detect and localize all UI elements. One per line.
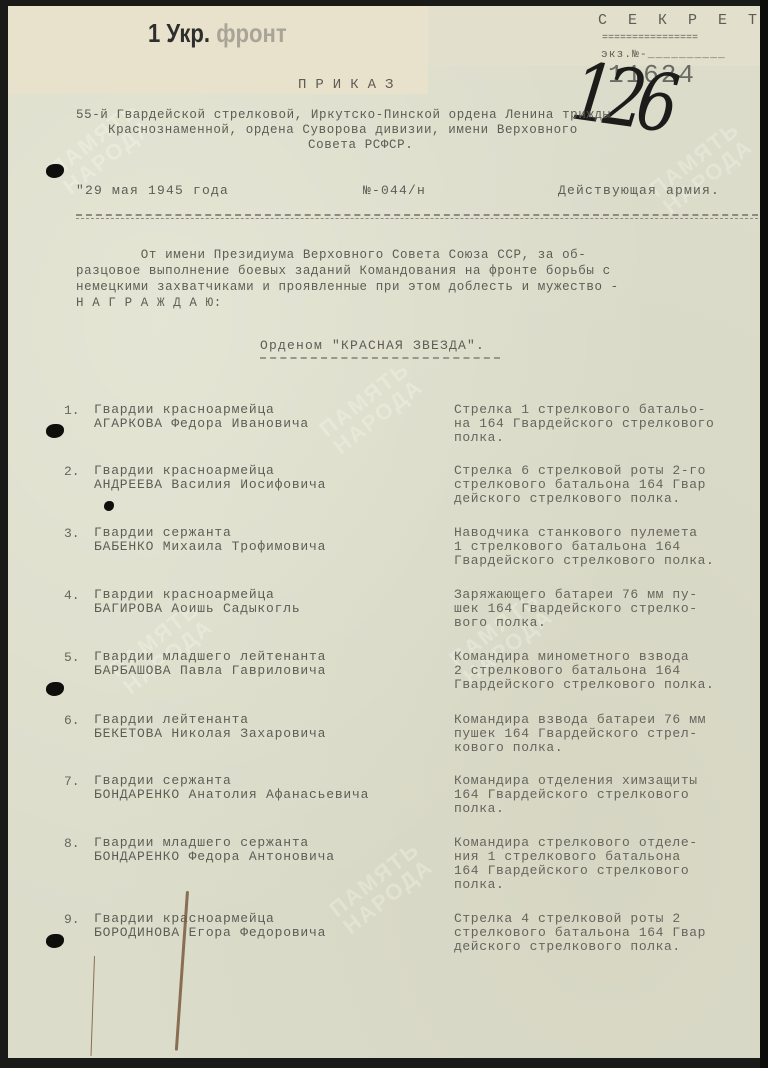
awardee-rank: Гвардии лейтенанта: [94, 713, 326, 727]
header-line-1: 55-й Гвардейской стрелковой, Иркутско-Пи…: [76, 108, 611, 122]
awardee-number: 9.: [64, 912, 80, 927]
punch-hole: [46, 934, 64, 948]
watermark: ПАМЯТЬНАРОДА: [316, 358, 427, 459]
punch-hole: [46, 682, 64, 696]
awardee-entry: Гвардии младшего лейтенантаБАРБАШОВА Пав…: [94, 650, 326, 678]
pencil-mark: [91, 956, 95, 1056]
header-line-3: Совета РСФСР.: [308, 138, 413, 152]
awardee-number: 5.: [64, 650, 80, 665]
awardee-position: Заряжающего батареи 76 мм пу- шек 164 Гв…: [454, 588, 768, 630]
awardee-rank: Гвардии младшего сержанта: [94, 836, 335, 850]
awardee-entry: Гвардии красноармейцаБОРОДИНОВА Егора Фе…: [94, 912, 326, 940]
award-name: Орденом "КРАСНАЯ ЗВЕЗДА".: [260, 339, 485, 353]
awardee-number: 1.: [64, 403, 80, 418]
awardee-rank: Гвардии сержанта: [94, 526, 326, 540]
awardee-name: БАГИРОВА Аоишь Садыкогль: [94, 602, 300, 616]
awardee-position: Стрелка 6 стрелковой роты 2-го стрелково…: [454, 464, 768, 506]
awardee-entry: Гвардии сержантаБАБЕНКО Михаила Трофимов…: [94, 526, 326, 554]
awardee-entry: Гвардии сержантаБОНДАРЕНКО Анатолия Афан…: [94, 774, 369, 802]
awardee-name: БАБЕНКО Михаила Трофимовича: [94, 540, 326, 554]
secrecy-underline: ================: [602, 32, 698, 46]
awardee-position: Стрелка 4 стрелковой роты 2 стрелкового …: [454, 912, 768, 954]
preamble-line: От имени Президиума Верховного Совета Со…: [76, 247, 619, 263]
awardee-position: Командира отделения химзащиты 164 Гварде…: [454, 774, 768, 816]
front-stamp-faded: фронт: [216, 18, 287, 48]
awardee-position: Наводчика станкового пулемета 1 стрелков…: [454, 526, 768, 568]
awardee-rank: Гвардии красноармейца: [94, 464, 326, 478]
awardee-name: БЕКЕТОВА Николая Захаровича: [94, 727, 326, 741]
watermark: ПАМЯТЬНАРОДА: [326, 838, 437, 939]
awardee-position: Стрелка 1 стрелкового батальо- на 164 Гв…: [454, 403, 768, 445]
awardee-entry: Гвардии лейтенантаБЕКЕТОВА Николая Захар…: [94, 713, 326, 741]
awardee-number: 7.: [64, 774, 80, 789]
award-underline: [260, 357, 500, 360]
awardee-name: АНДРЕЕВА Василия Иосифовича: [94, 478, 326, 492]
awardee-rank: Гвардии красноармейца: [94, 912, 326, 926]
secrecy-label: С Е К Р Е Т Н О.: [598, 14, 768, 28]
awardee-name: БОНДАРЕНКО Федора Антоновича: [94, 850, 335, 864]
document-page: ПАМЯТЬНАРОДА ПАМЯТЬНАРОДА ПАМЯТЬНАРОДА П…: [8, 6, 760, 1058]
awardee-number: 6.: [64, 713, 80, 728]
preamble-line: разцовое выполнение боевых заданий Коман…: [76, 263, 619, 279]
awardee-name: АГАРКОВА Федора Ивановича: [94, 417, 309, 431]
handwritten-number: 126: [567, 52, 675, 145]
order-number: №-044/н: [363, 184, 426, 198]
awardee-entry: Гвардии младшего сержантаБОНДАРЕНКО Федо…: [94, 836, 335, 864]
separator-rule: [76, 214, 768, 219]
awardee-rank: Гвардии красноармейца: [94, 403, 309, 417]
awardee-rank: Гвардии красноармейца: [94, 588, 300, 602]
awardee-rank: Гвардии сержанта: [94, 774, 369, 788]
awardee-entry: Гвардии красноармейцаБАГИРОВА Аоишь Сады…: [94, 588, 300, 616]
awardee-number: 8.: [64, 836, 80, 851]
awardee-position: Командира взвода батареи 76 мм пушек 164…: [454, 713, 768, 755]
header-line-2: Краснознаменной, ордена Суворова дивизии…: [108, 123, 578, 137]
order-location: Действующая армия.: [558, 184, 720, 198]
scan-border: [760, 0, 768, 1068]
awardee-name: БАРБАШОВА Павла Гавриловича: [94, 664, 326, 678]
awardee-position: Командира минометного взвода 2 стрелково…: [454, 650, 768, 692]
awardee-number: 2.: [64, 464, 80, 479]
front-stamp: 1 Укр. фронт: [148, 18, 287, 49]
awardee-number: 3.: [64, 526, 80, 541]
front-stamp-bold: 1 Укр.: [148, 18, 210, 48]
awardee-name: БОРОДИНОВА Егора Федоровича: [94, 926, 326, 940]
awardee-entry: Гвардии красноармейцаАГАРКОВА Федора Ива…: [94, 403, 309, 431]
awardee-name: БОНДАРЕНКО Анатолия Афанасьевича: [94, 788, 369, 802]
awardee-position: Командира стрелкового отделе- ния 1 стре…: [454, 836, 768, 892]
punch-hole: [104, 501, 114, 511]
preamble-line: Н А Г Р А Ж Д А Ю:: [76, 295, 619, 311]
order-date: "29 мая 1945 года: [76, 184, 229, 198]
preamble-line: немецкими захватчиками и проявленные при…: [76, 279, 619, 295]
awardee-rank: Гвардии младшего лейтенанта: [94, 650, 326, 664]
preamble: От имени Президиума Верховного Совета Со…: [76, 247, 619, 311]
punch-hole: [46, 424, 64, 438]
document-title: ПРИКАЗ: [298, 78, 402, 92]
awardee-number: 4.: [64, 588, 80, 603]
awardee-entry: Гвардии красноармейцаАНДРЕЕВА Василия Ио…: [94, 464, 326, 492]
